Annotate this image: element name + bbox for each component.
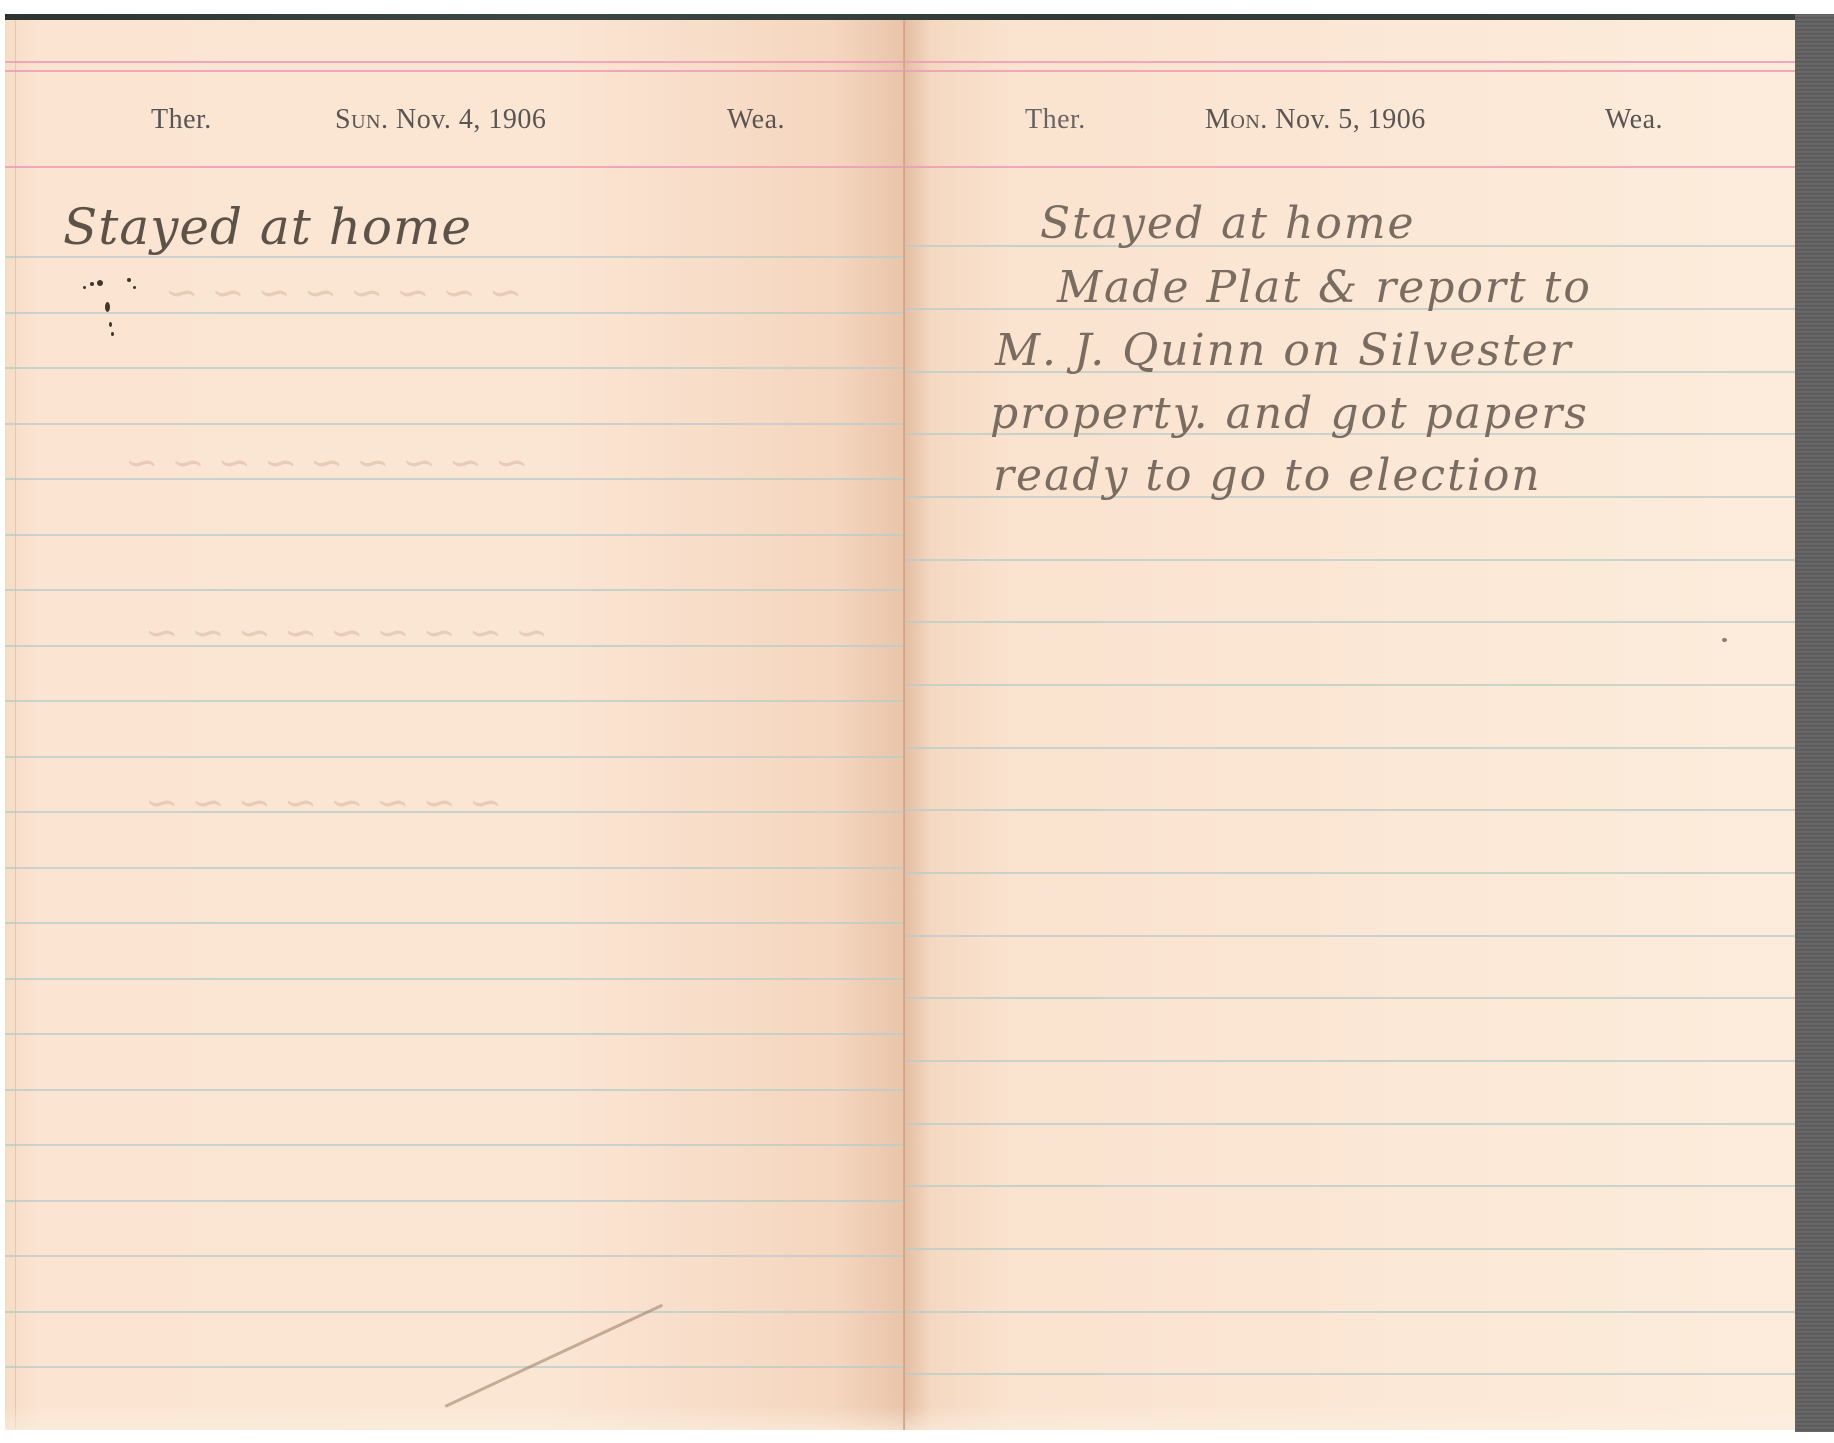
ink-blot (1722, 638, 1727, 642)
show-through-text: ~ ~ ~ ~ ~ ~ ~ ~ ~ (125, 440, 528, 486)
entry-line: Stayed at home (1040, 198, 1416, 249)
page-bottom-edge (5, 1406, 905, 1430)
ther-label: Ther. (1025, 104, 1086, 136)
ink-blot (127, 278, 131, 282)
ther-label: Ther. (151, 104, 212, 136)
ink-blot (97, 280, 103, 286)
date-text: Nov. 5, 1906 (1275, 104, 1425, 135)
top-pink-rule-2 (905, 70, 1795, 72)
date-heading: Sun. Nov. 4, 1906 (335, 104, 546, 136)
diary-spread: Ther. Sun. Nov. 4, 1906 Wea. ~ ~ ~ ~ ~ ~… (5, 14, 1834, 1432)
right-page: Ther. Mon. Nov. 5, 1906 Wea. Stayed at h… (905, 20, 1795, 1430)
day-name: Mon (1205, 104, 1260, 135)
ink-blot (133, 286, 136, 289)
ink-blot (109, 322, 112, 327)
left-page: Ther. Sun. Nov. 4, 1906 Wea. ~ ~ ~ ~ ~ ~… (5, 20, 905, 1430)
ink-blot (90, 282, 94, 286)
header-pink-rule (5, 166, 905, 168)
wea-label: Wea. (1605, 104, 1663, 136)
top-pink-rule (905, 61, 1795, 63)
top-pink-rule (5, 61, 905, 63)
entry-line: M. J. Quinn on Silvester (995, 325, 1573, 376)
entry-line: Made Plat & report to (1057, 262, 1592, 313)
wea-label: Wea. (727, 104, 785, 136)
date-text: Nov. 4, 1906 (396, 104, 546, 135)
book-cover-edge (1795, 14, 1834, 1432)
show-through-text: ~ ~ ~ ~ ~ ~ ~ ~ (165, 270, 522, 316)
header-pink-rule (905, 166, 1795, 168)
date-heading: Mon. Nov. 5, 1906 (1205, 104, 1426, 136)
show-through-text: ~ ~ ~ ~ ~ ~ ~ ~ (145, 780, 502, 826)
ink-smudge (444, 1304, 663, 1408)
ink-blot (83, 286, 86, 289)
entry-line: ready to go to election (993, 450, 1542, 501)
show-through-text: ~ ~ ~ ~ ~ ~ ~ ~ ~ (145, 610, 548, 656)
ink-blot (105, 302, 110, 312)
ink-blot (111, 332, 114, 336)
entry-line: property. and got papers (990, 388, 1589, 439)
top-pink-rule-2 (5, 70, 905, 72)
day-name: Sun (335, 104, 381, 135)
page-bottom-edge (905, 1406, 1795, 1430)
entry-line: Stayed at home (63, 198, 472, 256)
